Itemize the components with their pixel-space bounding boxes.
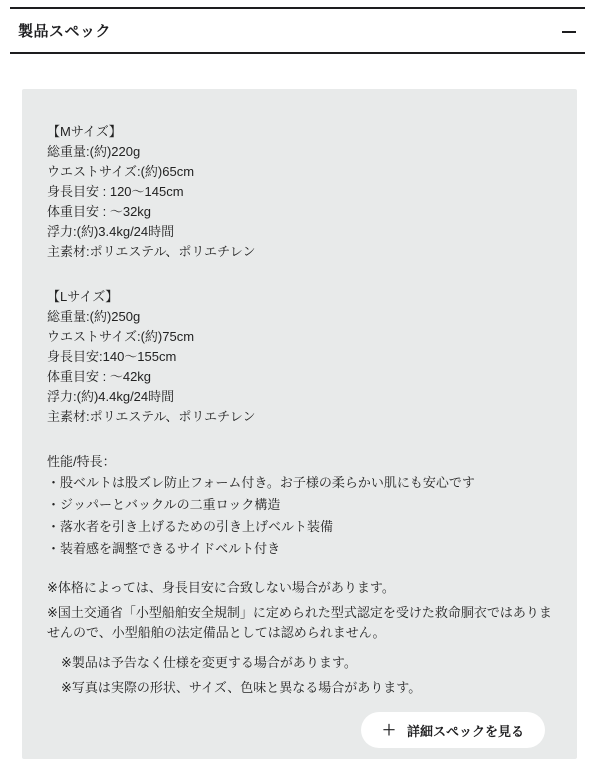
note-item: ※製品は予告なく仕様を変更する場合があります。 bbox=[47, 653, 552, 673]
header-bottom-rule bbox=[10, 52, 585, 54]
section-title: 製品スペック bbox=[18, 20, 111, 41]
spec-line-waist-size: ウエストサイズ:(約)65cm bbox=[47, 162, 552, 182]
size-heading: 【Mサイズ】 bbox=[47, 122, 552, 142]
notes-primary: ※体格によっては、身長目安に合致しない場合があります。 ※国土交通省「小型船舶安… bbox=[47, 578, 552, 643]
product-spec-section: 製品スペック 【Mサイズ】 総重量:(約)220g ウエストサイズ:(約)65c… bbox=[0, 0, 600, 780]
spec-line-height-range: 身長目安:140～155cm bbox=[47, 347, 552, 367]
notes-secondary: ※製品は予告なく仕様を変更する場合があります。 ※写真は実際の形状、サイズ、色味… bbox=[47, 653, 552, 698]
minus-icon bbox=[562, 31, 576, 33]
feature-item: ・股ベルトは股ズレ防止フォーム付き。お子様の柔らかい肌にも安心です bbox=[47, 472, 552, 494]
detail-button-row: ＋ 詳細スペックを見る bbox=[47, 712, 552, 748]
note-item: ※国土交通省「小型船舶安全規制」に定められた型式認定を受けた救命胴衣ではありませ… bbox=[47, 603, 552, 643]
spec-line-weight-range: 体重目安 : ～42kg bbox=[47, 367, 552, 387]
plus-icon: ＋ bbox=[382, 723, 396, 737]
spec-line-total-weight: 総重量:(約)250g bbox=[47, 307, 552, 327]
spec-line-waist-size: ウエストサイズ:(約)75cm bbox=[47, 327, 552, 347]
spec-panel: 【Mサイズ】 総重量:(約)220g ウエストサイズ:(約)65cm 身長目安 … bbox=[22, 89, 577, 759]
spec-line-total-weight: 総重量:(約)220g bbox=[47, 142, 552, 162]
spec-line-weight-range: 体重目安 : ～32kg bbox=[47, 202, 552, 222]
detail-spec-button-label: 詳細スペックを見る bbox=[407, 721, 524, 740]
collapse-button[interactable] bbox=[562, 23, 576, 39]
spec-line-material: 主素材:ポリエステル、ポリエチレン bbox=[47, 242, 552, 262]
size-heading: 【Lサイズ】 bbox=[47, 287, 552, 307]
feature-item: ・落水者を引き上げるための引き上げベルト装備 bbox=[47, 516, 552, 538]
features-block: 性能/特長： ・股ベルトは股ズレ防止フォーム付き。お子様の柔らかい肌にも安心です… bbox=[47, 452, 552, 560]
detail-spec-button[interactable]: ＋ 詳細スペックを見る bbox=[361, 712, 545, 748]
features-heading: 性能/特長： bbox=[47, 452, 552, 472]
spec-line-buoyancy: 浮力:(約)3.4kg/24時間 bbox=[47, 222, 552, 242]
feature-item: ・装着感を調整できるサイドベルト付き bbox=[47, 538, 552, 560]
note-item: ※体格によっては、身長目安に合致しない場合があります。 bbox=[47, 578, 552, 598]
size-block-m: 【Mサイズ】 総重量:(約)220g ウエストサイズ:(約)65cm 身長目安 … bbox=[47, 122, 552, 262]
feature-item: ・ジッパーとバックルの二重ロック構造 bbox=[47, 494, 552, 516]
note-item: ※写真は実際の形状、サイズ、色味と異なる場合があります。 bbox=[47, 678, 552, 698]
spec-line-buoyancy: 浮力:(約)4.4kg/24時間 bbox=[47, 387, 552, 407]
spec-line-height-range: 身長目安 : 120～145cm bbox=[47, 182, 552, 202]
size-block-l: 【Lサイズ】 総重量:(約)250g ウエストサイズ:(約)75cm 身長目安:… bbox=[47, 287, 552, 427]
spec-line-material: 主素材:ポリエステル、ポリエチレン bbox=[47, 407, 552, 427]
accordion-header: 製品スペック bbox=[0, 0, 600, 54]
